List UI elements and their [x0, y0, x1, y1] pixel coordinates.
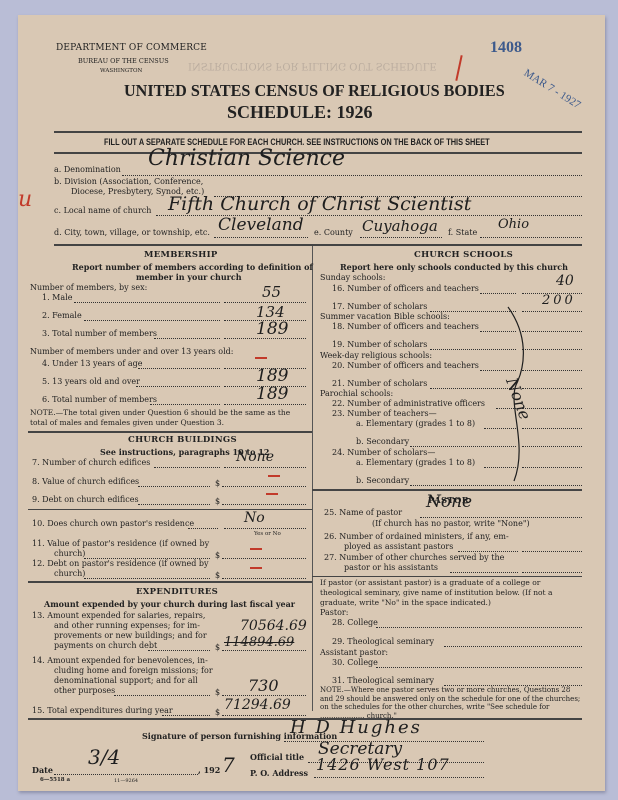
q3-total-value[interactable]: 189 — [256, 319, 288, 339]
q5-label: 5. 13 years old and over — [42, 377, 140, 386]
q25-hint: (If church has no pastor, write "None") — [372, 519, 530, 528]
city-label: d. City, town, village, or township, etc… — [54, 228, 210, 237]
q5-value[interactable]: 189 — [256, 366, 288, 386]
q29-label: 29. Theological seminary — [332, 637, 434, 646]
q24a-label: a. Elementary (grades 1 to 8) — [356, 458, 475, 467]
q4-dash-value[interactable] — [255, 357, 267, 359]
q13-crossed-value: 114894.69 — [224, 635, 294, 650]
q23-label: 23. Number of teachers— — [332, 409, 437, 418]
q7-value[interactable]: None — [236, 449, 274, 465]
q22-label: 22. Number of administrative officers — [332, 399, 485, 408]
by-sex-label: Number of members, by sex: — [30, 283, 147, 292]
form-number: 6—5518 a — [40, 777, 70, 783]
q28-label: 28. College — [332, 618, 378, 627]
q10-hint: Yes or No — [254, 531, 281, 537]
graduate-note: If pastor (or assistant pastor) is a gra… — [320, 578, 582, 608]
q14-label: 14. Amount expended for benevolences, in… — [32, 656, 208, 665]
address-value[interactable]: 1426 West 107 — [316, 755, 450, 774]
expenditures-subheading: Amount expended by your church during la… — [44, 599, 295, 609]
schools-subheading: Report here only schools conducted by th… — [340, 262, 568, 272]
received-date-stamp: MAR 7 - 1927 — [522, 67, 583, 111]
q13-value[interactable]: 70564.69 — [240, 618, 307, 634]
date-label: Date — [32, 765, 53, 775]
q21-label: 21. Number of scholars — [332, 379, 427, 388]
q4-label: 4. Under 13 years of age — [42, 359, 142, 368]
q6-value[interactable]: 189 — [256, 384, 288, 404]
q13-label: 13. Amount expended for salaries, repair… — [32, 611, 205, 620]
q6-label: 6. Total number of members — [42, 395, 157, 404]
county-label: e. County — [314, 228, 353, 237]
address-label: P. O. Address — [250, 768, 308, 778]
date-value[interactable]: 3/4 — [88, 745, 120, 769]
q7-label: 7. Number of church edifices — [32, 458, 150, 467]
q11-label-2: church) — [54, 549, 85, 558]
q18-label: 18. Number of officers and teachers — [332, 322, 479, 331]
q31-label: 31. Theological seminary — [332, 676, 434, 685]
q9-dash-value[interactable] — [266, 493, 278, 495]
q10-value[interactable]: No — [244, 510, 265, 526]
q23b-label: b. Secondary — [356, 437, 409, 446]
q25-value[interactable]: None — [426, 492, 472, 512]
q17-label: 17. Number of scholars — [332, 302, 427, 311]
q14-value[interactable]: 730 — [248, 676, 279, 695]
q15-label: 15. Total expenditures during year — [32, 706, 173, 715]
q15-value[interactable]: 71294.69 — [224, 697, 291, 713]
division-label: b. Division (Association, Conference, — [54, 177, 203, 186]
q8-dash-value[interactable] — [268, 475, 280, 477]
census-schedule-form: DEPARTMENT OF COMMERCE BUREAU OF THE CEN… — [18, 15, 605, 791]
age-heading: Number of members under and over 13 year… — [30, 347, 233, 356]
q30-label: 30. College — [332, 658, 378, 667]
q11-label: 11. Value of pastor's residence (if owne… — [32, 539, 209, 548]
schools-heading: CHURCH SCHOOLS — [414, 250, 513, 260]
assistant-pastor-label: Assistant pastor: — [320, 648, 388, 657]
membership-subheading-2: member in your church — [136, 272, 242, 282]
stamp-number: 1408 — [490, 39, 522, 57]
q24b-label: b. Secondary — [356, 476, 409, 485]
q27-label: 27. Number of other churches served by t… — [324, 553, 504, 562]
denomination-label: a. Denomination — [54, 165, 121, 174]
summer-schools-label: Summer vacation Bible schools: — [320, 312, 450, 321]
q24-label: 24. Number of scholars— — [332, 448, 435, 457]
q1-male-value[interactable]: 55 — [262, 283, 281, 301]
parochial-schools-label: Parochial schools: — [320, 389, 393, 398]
q12-label: 12. Debt on pastor's residence (if owned… — [32, 559, 209, 568]
q26-label: 26. Number of ordained ministers, if any… — [324, 532, 509, 541]
q16-label: 16. Number of officers and teachers — [332, 284, 479, 293]
city-name: WASHINGTON — [100, 68, 142, 74]
q19-label: 19. Number of scholars — [332, 340, 427, 349]
weekday-schools-label: Week-day religious schools: — [320, 351, 432, 360]
form-title: UNITED STATES CENSUS OF RELIGIOUS BODIES — [124, 81, 505, 101]
q11-dash-value[interactable] — [250, 548, 262, 550]
pastor-note: NOTE.—Where one pastor serves two or mor… — [320, 686, 582, 720]
state-label: f. State — [448, 228, 477, 237]
city-value[interactable]: Cleveland — [218, 215, 304, 235]
q1-label: 1. Male — [42, 293, 72, 302]
q2-label: 2. Female — [42, 311, 82, 320]
bleed-through-text: INSTRUCTIONS FOR FILLING OUT SCHEDULE — [188, 60, 437, 71]
q25-label: 25. Name of pastor — [324, 508, 402, 517]
membership-subheading: Report number of members according to de… — [72, 262, 313, 272]
q23a-label: a. Elementary (grades 1 to 8) — [356, 419, 475, 428]
local-name-label: c. Local name of church — [54, 206, 151, 215]
membership-note: NOTE.—The total given under Question 6 s… — [30, 408, 304, 428]
print-number: 11—9264 — [114, 778, 138, 784]
q12-label-2: church) — [54, 569, 85, 578]
year-value[interactable]: 7 — [222, 753, 235, 777]
expenditures-heading: EXPENDITURES — [136, 587, 218, 597]
pastor-label: Pastor: — [320, 608, 348, 617]
year-prefix: , 192 — [198, 765, 220, 775]
sunday-schools-label: Sunday schools: — [320, 273, 385, 282]
membership-heading: MEMBERSHIP — [144, 250, 218, 260]
signature-value[interactable]: H D Hughes — [290, 717, 422, 738]
denomination-value[interactable]: Christian Science — [148, 146, 345, 171]
red-check-mark — [455, 55, 462, 81]
red-margin-mark: u — [18, 187, 32, 212]
q8-label: 8. Value of church edifices — [32, 477, 139, 486]
schedule-title: SCHEDULE: 1926 — [227, 102, 373, 123]
buildings-heading: CHURCH BUILDINGS — [128, 435, 237, 445]
official-title-label: Official title — [250, 752, 304, 762]
q10-label: 10. Does church own pastor's residence — [32, 519, 194, 528]
q3-label: 3. Total number of members — [42, 329, 157, 338]
county-value[interactable]: Cuyahoga — [362, 217, 438, 235]
state-value[interactable]: Ohio — [498, 217, 529, 232]
local-name-value[interactable]: Fifth Church of Christ Scientist — [168, 193, 471, 215]
q9-label: 9. Debt on church edifices — [32, 495, 139, 504]
q20-label: 20. Number of officers and teachers — [332, 361, 479, 370]
department-name: DEPARTMENT OF COMMERCE — [56, 43, 207, 53]
q16-value[interactable]: 40 — [556, 273, 574, 289]
q12-dash-value[interactable] — [250, 567, 262, 569]
bureau-name: BUREAU OF THE CENSUS — [78, 57, 169, 65]
